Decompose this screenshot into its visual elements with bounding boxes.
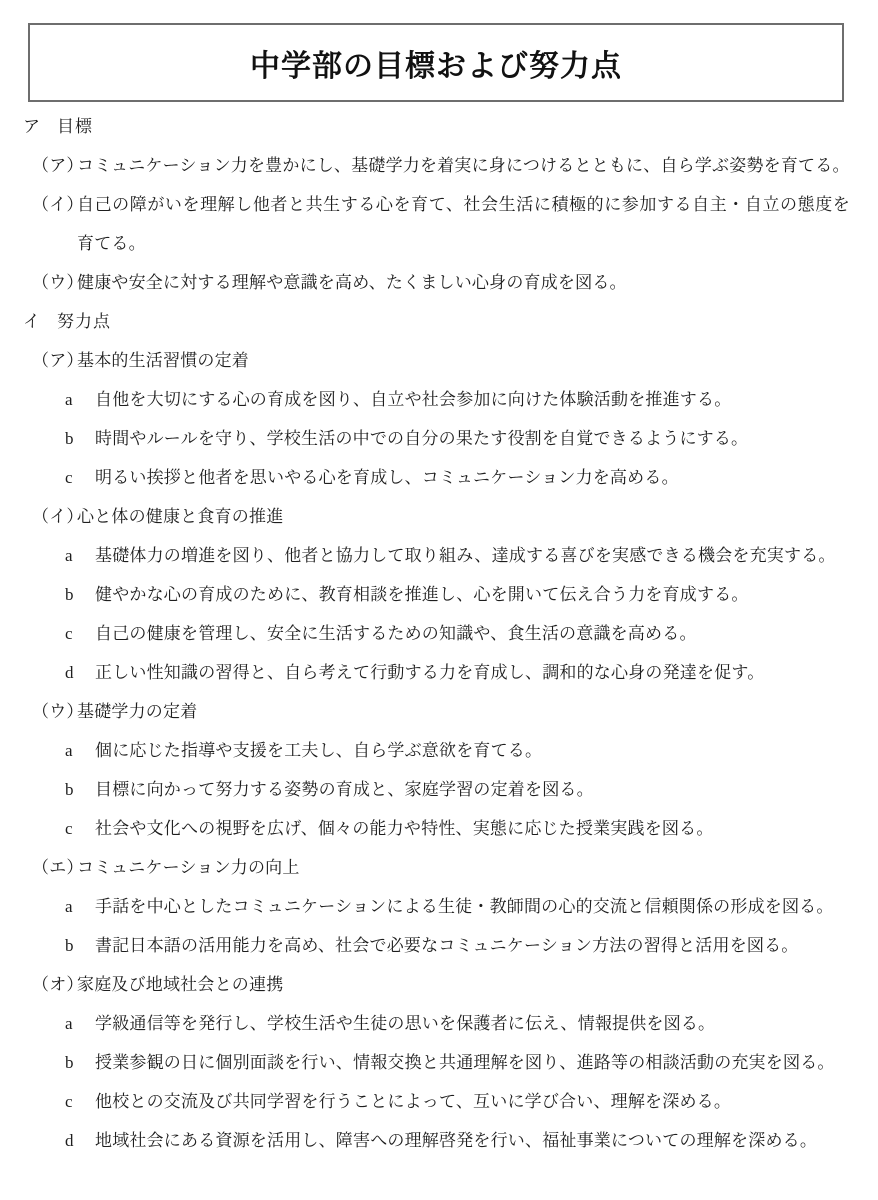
item-label: （ア） <box>32 146 77 185</box>
list-subitem: c明るい挨拶と他者を思いやる心を育成し、コミュニケーション力を高める。 <box>23 458 850 497</box>
subitem-text: 授業参観の日に個別面談を行い、情報交換と共通理解を図り、進路等の相談活動の充実を… <box>95 1043 850 1082</box>
subitem-text: 健やかな心の育成のために、教育相談を推進し、心を開いて伝え合う力を育成する。 <box>95 575 850 614</box>
list-subitem: c社会や文化への視野を広げ、個々の能力や特性、実態に応じた授業実践を図る。 <box>23 809 850 848</box>
list-item: （ウ）基礎学力の定着 <box>23 692 850 731</box>
subitem-text: 社会や文化への視野を広げ、個々の能力や特性、実態に応じた授業実践を図る。 <box>95 809 850 848</box>
item-text: コミュニケーション力の向上 <box>77 848 850 887</box>
subitem-label: b <box>65 419 95 458</box>
item-text: 基本的生活習慣の定着 <box>77 341 850 380</box>
item-text: コミュニケーション力を豊かにし、基礎学力を着実に身につけるとともに、自ら学ぶ姿勢… <box>77 146 850 185</box>
item-text: 健康や安全に対する理解や意識を高め、たくましい心身の育成を図る。 <box>77 263 850 302</box>
item-label: （ウ） <box>32 692 77 731</box>
subitem-label: b <box>65 1043 95 1082</box>
subitem-text: 他校との交流及び共同学習を行うことによって、互いに学び合い、理解を深める。 <box>95 1082 850 1121</box>
item-label: （イ） <box>32 497 77 536</box>
list-subitem: b目標に向かって努力する姿勢の育成と、家庭学習の定着を図る。 <box>23 770 850 809</box>
document-body: ア目標（ア）コミュニケーション力を豊かにし、基礎学力を着実に身につけるとともに、… <box>23 107 850 1160</box>
list-subitem: a個に応じた指導や支援を工夫し、自ら学ぶ意欲を育てる。 <box>23 731 850 770</box>
subitem-label: c <box>65 614 95 653</box>
list-subitem: b授業参観の日に個別面談を行い、情報交換と共通理解を図り、進路等の相談活動の充実… <box>23 1043 850 1082</box>
page-title: 中学部の目標および努力点 <box>250 41 622 85</box>
subitem-label: b <box>65 926 95 965</box>
subitem-text: 個に応じた指導や支援を工夫し、自ら学ぶ意欲を育てる。 <box>95 731 850 770</box>
list-item: （イ）心と体の健康と食育の推進 <box>23 497 850 536</box>
list-item: （ウ）健康や安全に対する理解や意識を高め、たくましい心身の育成を図る。 <box>23 263 850 302</box>
subitem-label: c <box>65 458 95 497</box>
list-subitem: b書記日本語の活用能力を高め、社会で必要なコミュニケーション方法の習得と活用を図… <box>23 926 850 965</box>
document-page: 中学部の目標および努力点 ア目標（ア）コミュニケーション力を豊かにし、基礎学力を… <box>0 0 878 1200</box>
subitem-label: d <box>65 653 95 692</box>
subitem-text: 書記日本語の活用能力を高め、社会で必要なコミュニケーション方法の習得と活用を図る… <box>95 926 850 965</box>
subitem-text: 自他を大切にする心の育成を図り、自立や社会参加に向けた体験活動を推進する。 <box>95 380 850 419</box>
section-label: ア <box>23 107 57 146</box>
item-label: （イ） <box>32 185 77 224</box>
list-subitem: a学級通信等を発行し、学校生活や生徒の思いを保護者に伝え、情報提供を図る。 <box>23 1004 850 1043</box>
list-subitem: a手話を中心としたコミュニケーションによる生徒・教師間の心的交流と信頼関係の形成… <box>23 887 850 926</box>
list-subitem: b健やかな心の育成のために、教育相談を推進し、心を開いて伝え合う力を育成する。 <box>23 575 850 614</box>
subitem-text: 目標に向かって努力する姿勢の育成と、家庭学習の定着を図る。 <box>95 770 850 809</box>
item-label: （ア） <box>32 341 77 380</box>
list-item: （ア）基本的生活習慣の定着 <box>23 341 850 380</box>
subitem-label: b <box>65 770 95 809</box>
subitem-text: 時間やルールを守り、学校生活の中での自分の果たす役割を自覚できるようにする。 <box>95 419 850 458</box>
subitem-label: b <box>65 575 95 614</box>
list-item: （オ）家庭及び地域社会との連携 <box>23 965 850 1004</box>
subitem-text: 明るい挨拶と他者を思いやる心を育成し、コミュニケーション力を高める。 <box>95 458 850 497</box>
section-heading: ア目標 <box>23 107 850 146</box>
section-label: イ <box>23 302 57 341</box>
item-text: 自己の障がいを理解し他者と共生する心を育て、社会生活に積極的に参加する自主・自立… <box>77 185 850 263</box>
section-heading: イ努力点 <box>23 302 850 341</box>
subitem-label: a <box>65 536 95 575</box>
item-text: 基礎学力の定着 <box>77 692 850 731</box>
item-text: 心と体の健康と食育の推進 <box>77 497 850 536</box>
subitem-label: a <box>65 731 95 770</box>
list-subitem: a基礎体力の増進を図り、他者と協力して取り組み、達成する喜びを実感できる機会を充… <box>23 536 850 575</box>
item-label: （オ） <box>32 965 77 1004</box>
item-label: （エ） <box>32 848 77 887</box>
subitem-label: a <box>65 380 95 419</box>
list-subitem: c自己の健康を管理し、安全に生活するための知識や、食生活の意識を高める。 <box>23 614 850 653</box>
title-box: 中学部の目標および努力点 <box>28 23 844 102</box>
list-subitem: a自他を大切にする心の育成を図り、自立や社会参加に向けた体験活動を推進する。 <box>23 380 850 419</box>
list-subitem: d正しい性知識の習得と、自ら考えて行動する力を育成し、調和的な心身の発達を促す。 <box>23 653 850 692</box>
subitem-text: 正しい性知識の習得と、自ら考えて行動する力を育成し、調和的な心身の発達を促す。 <box>95 653 850 692</box>
section-title: 努力点 <box>57 302 850 341</box>
list-item: （エ）コミュニケーション力の向上 <box>23 848 850 887</box>
subitem-label: a <box>65 1004 95 1043</box>
subitem-text: 基礎体力の増進を図り、他者と協力して取り組み、達成する喜びを実感できる機会を充実… <box>95 536 850 575</box>
list-subitem: b時間やルールを守り、学校生活の中での自分の果たす役割を自覚できるようにする。 <box>23 419 850 458</box>
list-subitem: c他校との交流及び共同学習を行うことによって、互いに学び合い、理解を深める。 <box>23 1082 850 1121</box>
list-subitem: d地域社会にある資源を活用し、障害への理解啓発を行い、福祉事業についての理解を深… <box>23 1121 850 1160</box>
subitem-text: 地域社会にある資源を活用し、障害への理解啓発を行い、福祉事業についての理解を深め… <box>95 1121 850 1160</box>
section-title: 目標 <box>57 107 850 146</box>
item-text: 家庭及び地域社会との連携 <box>77 965 850 1004</box>
subitem-label: d <box>65 1121 95 1160</box>
subitem-text: 学級通信等を発行し、学校生活や生徒の思いを保護者に伝え、情報提供を図る。 <box>95 1004 850 1043</box>
list-item: （ア）コミュニケーション力を豊かにし、基礎学力を着実に身につけるとともに、自ら学… <box>23 146 850 185</box>
item-label: （ウ） <box>32 263 77 302</box>
list-item: （イ）自己の障がいを理解し他者と共生する心を育て、社会生活に積極的に参加する自主… <box>23 185 850 263</box>
subitem-label: c <box>65 1082 95 1121</box>
subitem-label: a <box>65 887 95 926</box>
subitem-label: c <box>65 809 95 848</box>
subitem-text: 手話を中心としたコミュニケーションによる生徒・教師間の心的交流と信頼関係の形成を… <box>95 887 850 926</box>
subitem-text: 自己の健康を管理し、安全に生活するための知識や、食生活の意識を高める。 <box>95 614 850 653</box>
